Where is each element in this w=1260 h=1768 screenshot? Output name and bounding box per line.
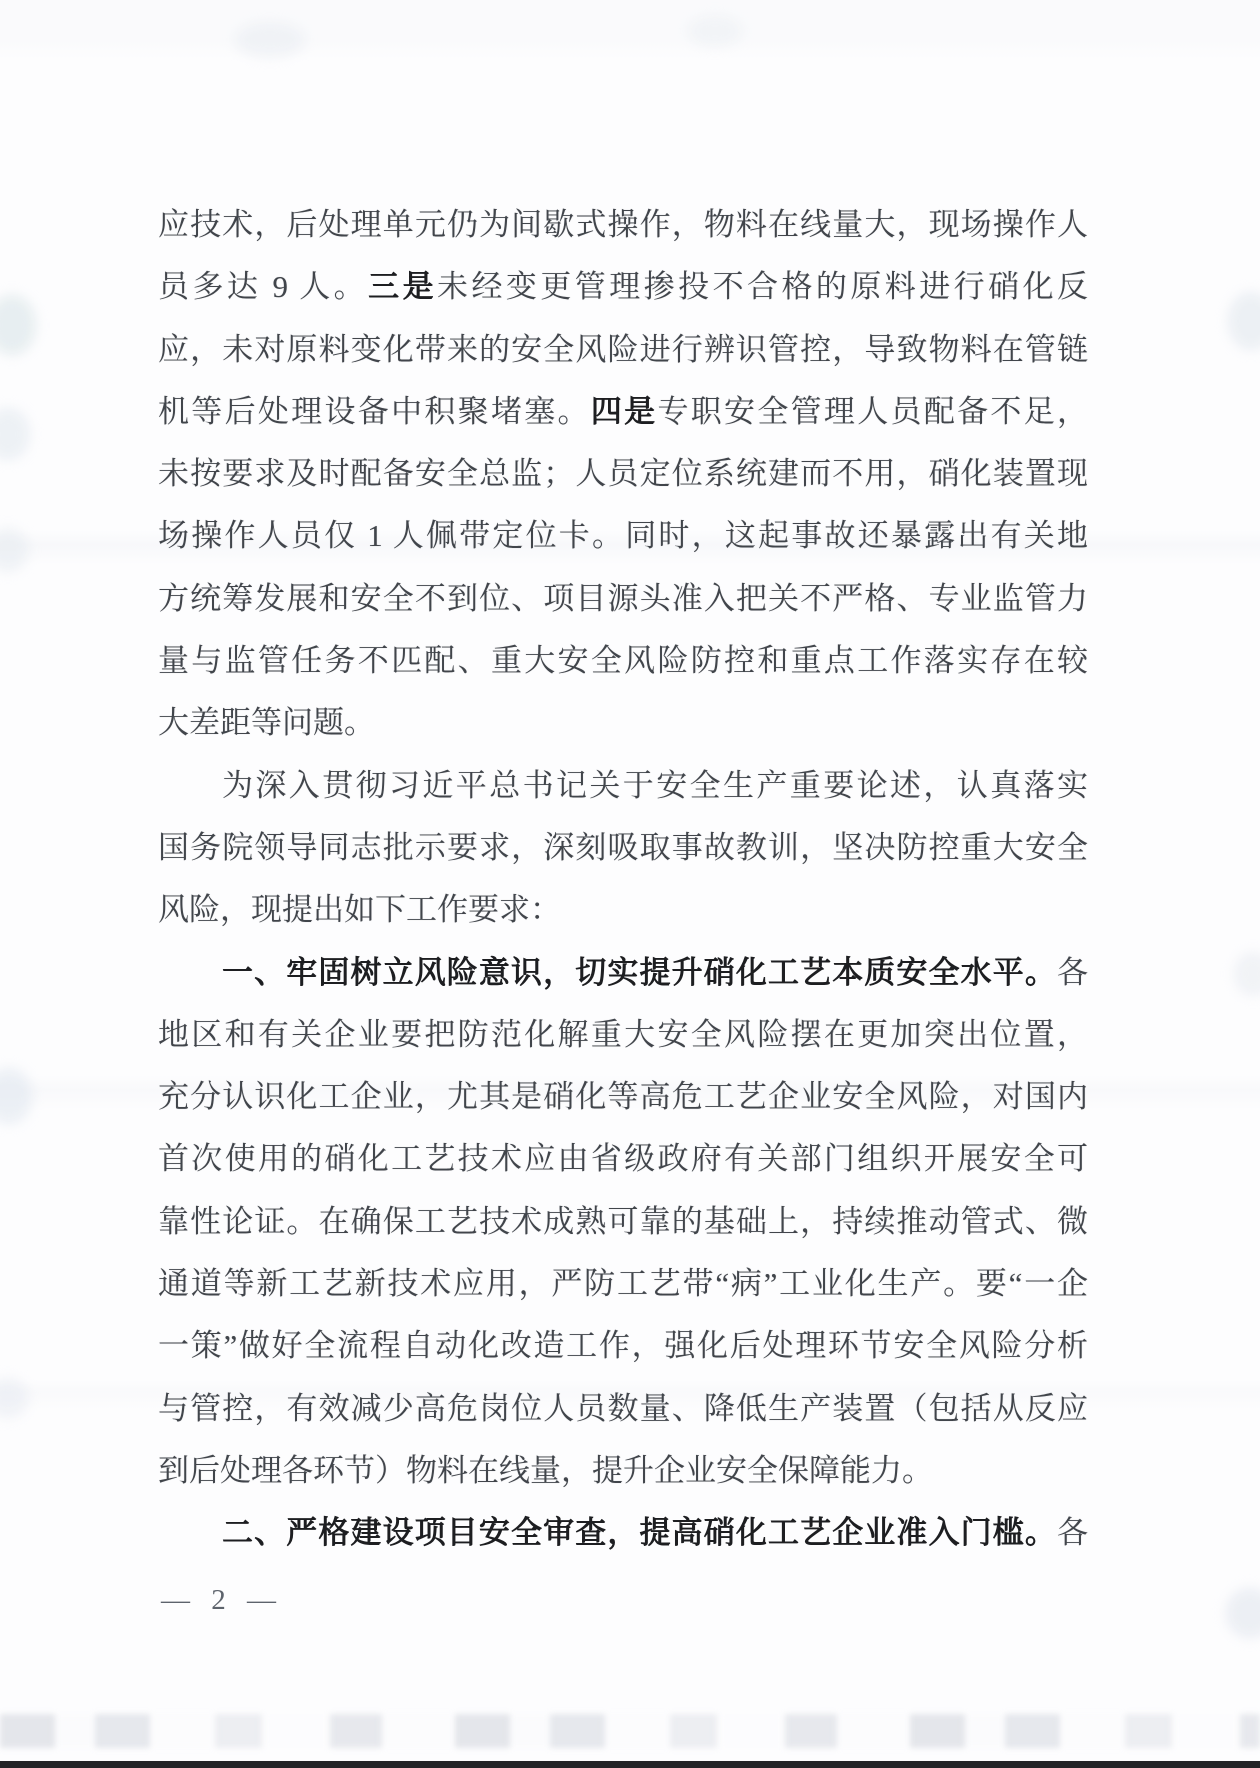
text-line section-heading-2: 二、严格建设项目安全审查，提高硝化工艺企业准入门槛。各 <box>158 1502 1088 1564</box>
text-line: 为深入贯彻习近平总书记关于安全生产重要论述，认真落实 <box>158 755 1088 817</box>
scan-smudge <box>688 16 742 46</box>
line-text: 一策”做好全流程自动化改造工作，强化后处理环节安全风险分析 <box>158 1328 1088 1363</box>
text-line: 员多达 9 人。三是未经变更管理掺投不合格的原料进行硝化反 <box>158 256 1088 318</box>
line-text: 场操作人员仅 1 人佩带定位卡。同时，这起事故还暴露出有关地 <box>158 518 1088 553</box>
line-text: 未按要求及时配备安全总监；人员定位系统建而不用，硝化装置现 <box>158 456 1088 491</box>
text-line: 场操作人员仅 1 人佩带定位卡。同时，这起事故还暴露出有关地 <box>158 505 1088 567</box>
line-text: 专职安全管理人员配备不足， <box>657 394 1088 429</box>
line-text: 靠性论证。在确保工艺技术成熟可靠的基础上，持续推动管式、微 <box>158 1204 1088 1239</box>
line-text: 地区和有关企业要把防范化解重大安全风险摆在更加突出位置， <box>158 1017 1088 1052</box>
line-text: 国务院领导同志批示要求，深刻吸取事故教训，坚决防控重大安全 <box>158 830 1088 865</box>
text-line: 首次使用的硝化工艺技术应由省级政府有关部门组织开展安全可 <box>158 1128 1088 1190</box>
line-text: 未经变更管理掺投不合格的原料进行硝化反 <box>437 269 1088 304</box>
line-bold-text: 二、严格建设项目安全审查，提高硝化工艺企业准入门槛。 <box>222 1515 1057 1550</box>
text-line: 通道等新工艺新技术应用，严防工艺带“病”工业化生产。要“一企 <box>158 1253 1088 1315</box>
line-text: 方统筹发展和安全不到位、项目源头准入把关不严格、专业监管力 <box>158 581 1088 616</box>
text-line: 大差距等问题。 <box>158 692 1088 754</box>
scan-smudge <box>0 1068 32 1124</box>
scan-smudge <box>0 528 28 572</box>
line-text: 机等后处理设备中积聚堵塞。 <box>158 394 591 429</box>
line-bold-text: 一、牢固树立风险意识，切实提升硝化工艺本质安全水平。 <box>222 955 1057 990</box>
text-line: 一策”做好全流程自动化改造工作，强化后处理环节安全风险分析 <box>158 1315 1088 1377</box>
text-line: 国务院领导同志批示要求，深刻吸取事故教训，坚决防控重大安全 <box>158 817 1088 879</box>
line-text: 为深入贯彻习近平总书记关于安全生产重要论述，认真落实 <box>222 768 1088 803</box>
line-text: 风险，现提出如下工作要求： <box>158 892 561 927</box>
scan-smudge <box>1234 952 1260 996</box>
line-text: 大差距等问题。 <box>158 705 375 740</box>
line-bold-text: 四是 <box>591 394 658 429</box>
line-text: 各 <box>1057 955 1088 990</box>
text-line section-heading-1: 一、牢固树立风险意识，切实提升硝化工艺本质安全水平。各 <box>158 942 1088 1004</box>
text-line: 到后处理各环节）物料在线量，提升企业安全保障能力。 <box>158 1440 1088 1502</box>
scan-edge-bar <box>0 1761 1260 1768</box>
page-number: — 2 — <box>161 1577 283 1623</box>
line-text: 量与监管任务不匹配、重大安全风险防控和重点工作落实存在较 <box>158 643 1088 678</box>
document-page: 应技术，后处理单元仍为间歇式操作，物料在线量大，现场操作人 员多达 9 人。三是… <box>0 0 1260 1768</box>
line-bold-text: 三是 <box>368 269 437 304</box>
scan-smudge <box>1226 1588 1260 1638</box>
text-line: 应，未对原料变化带来的安全风险进行辨识管控，导致物料在管链 <box>158 319 1088 381</box>
line-text: 充分认识化工企业，尤其是硝化等高危工艺企业安全风险，对国内 <box>158 1079 1088 1114</box>
scan-smudge <box>0 295 36 355</box>
scan-smudge <box>1228 292 1260 350</box>
scan-smudge <box>235 22 305 58</box>
text-line: 充分认识化工企业，尤其是硝化等高危工艺企业安全风险，对国内 <box>158 1066 1088 1128</box>
document-body: 应技术，后处理单元仍为间歇式操作，物料在线量大，现场操作人 员多达 9 人。三是… <box>158 194 1088 1565</box>
scan-smudge <box>0 408 30 460</box>
line-text: 应，未对原料变化带来的安全风险进行辨识管控，导致物料在管链 <box>158 332 1088 367</box>
line-text: 应技术，后处理单元仍为间歇式操作，物料在线量大，现场操作人 <box>158 207 1088 242</box>
line-text: 到后处理各环节）物料在线量，提升企业安全保障能力。 <box>158 1453 933 1488</box>
line-text: 首次使用的硝化工艺技术应由省级政府有关部门组织开展安全可 <box>158 1141 1088 1176</box>
text-line: 风险，现提出如下工作要求： <box>158 879 1088 941</box>
line-text: 员多达 9 人。 <box>158 269 368 304</box>
text-line: 机等后处理设备中积聚堵塞。四是专职安全管理人员配备不足， <box>158 381 1088 443</box>
line-text: 与管控，有效减少高危岗位人员数量、降低生产装置（包括从反应 <box>158 1391 1088 1426</box>
line-text: 各 <box>1057 1515 1088 1550</box>
text-line: 方统筹发展和安全不到位、项目源头准入把关不严格、专业监管力 <box>158 568 1088 630</box>
scan-edge-mottle <box>0 1714 1260 1748</box>
text-line: 未按要求及时配备安全总监；人员定位系统建而不用，硝化装置现 <box>158 443 1088 505</box>
scan-smudge <box>0 1378 28 1418</box>
text-line: 应技术，后处理单元仍为间歇式操作，物料在线量大，现场操作人 <box>158 194 1088 256</box>
text-line: 靠性论证。在确保工艺技术成熟可靠的基础上，持续推动管式、微 <box>158 1191 1088 1253</box>
text-line: 地区和有关企业要把防范化解重大安全风险摆在更加突出位置， <box>158 1004 1088 1066</box>
text-line: 与管控，有效减少高危岗位人员数量、降低生产装置（包括从反应 <box>158 1378 1088 1440</box>
line-text: 通道等新工艺新技术应用，严防工艺带“病”工业化生产。要“一企 <box>158 1266 1088 1301</box>
text-line: 量与监管任务不匹配、重大安全风险防控和重点工作落实存在较 <box>158 630 1088 692</box>
